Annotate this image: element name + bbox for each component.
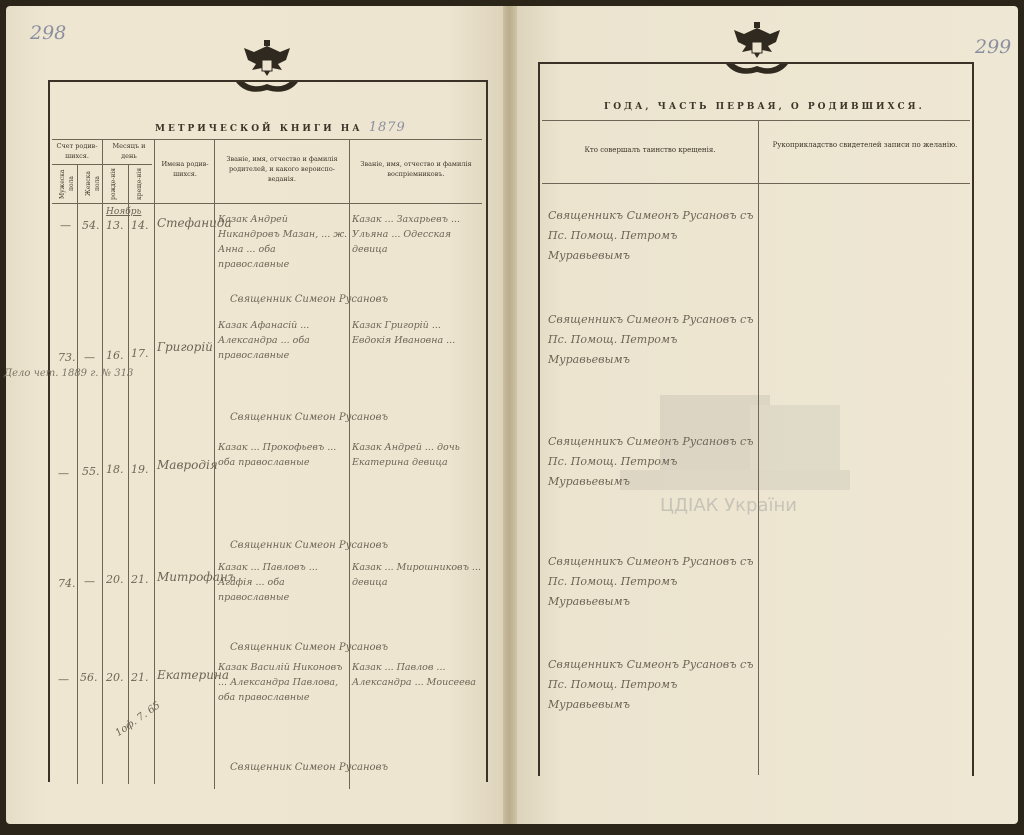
row-parents: Казак ... Павловъ ... Агафія ... оба пра… [218,560,348,605]
archive-watermark-icon [600,365,860,515]
row-birth-day: 16. [106,348,124,363]
book-spine [503,6,517,824]
col-divider [102,139,103,784]
col-divider [154,139,155,784]
row-parents: Казак Василій Никоновъ ... Александра Па… [218,660,348,705]
col-header-birth: рожде-нія [109,168,118,200]
row-parents: Казак Андрей Никандровъ Мазан, ... ж. Ан… [218,212,348,272]
row-female-count: 56. [80,670,98,685]
row-birth-day: 20. [106,670,124,685]
row-female-count: 54. [82,218,100,233]
col-header-baptism: креще-нія [135,168,144,200]
col-header-count: Счет родив-шихся. [52,142,102,162]
col-header-female: Женска пола [84,168,102,200]
watermark-text: ЦДІАК України [660,495,797,516]
col-header-witness-signatures: Рукоприкладство свидетелей записи по жел… [770,140,960,151]
row-female-count: 55. [82,464,100,479]
row-child-name: Митрофанъ [157,570,215,585]
row-female-count: — [84,574,95,589]
rule [542,183,970,184]
row-male-count: 74. [58,576,76,591]
margin-note: Дело чет. 1889 г. № 313 [4,366,184,381]
row-baptism-day: 21. [131,572,149,587]
col-header-month-day: Месяцъ и день [104,142,154,162]
row-birth-day: 13. [106,218,124,233]
row-priest-line: Священник Симеон Русановъ [230,538,480,553]
row-godparents: Казак ... Мирошниковъ ... девица [352,560,482,590]
performed-by-entry: Священникъ Симеонъ Русановъ съ Пс. Помощ… [548,310,758,370]
performed-by-entry: Священникъ Симеонъ Русановъ съ Пс. Помощ… [548,655,758,715]
folio-left: 298 [30,22,66,44]
row-baptism-day: 19. [131,462,149,477]
row-birth-day: 20. [106,572,124,587]
row-baptism-day: 21. [131,670,149,685]
row-baptism-day: 17. [131,346,149,361]
col-divider [349,139,350,789]
row-child-name: Мавродія [157,458,215,473]
col-header-male: Мужеска пола [58,168,76,200]
row-child-name: Стефанида [157,216,215,231]
row-male-count: — [60,218,71,233]
performed-by-entry: Священникъ Симеонъ Русановъ съ Пс. Помощ… [548,552,758,612]
row-godparents: Казак ... Павлов ... Александра ... Моис… [352,660,482,690]
left-page-title: МЕТРИЧЕСКОЙ КНИГИ НА 1879 [155,120,406,135]
row-male-count: — [58,466,69,481]
rule [52,203,482,204]
row-male-count: 73. [58,350,76,365]
performed-by-entry: Священникъ Симеонъ Русановъ съ Пс. Помощ… [548,206,758,266]
row-priest-line: Священник Симеон Русановъ [230,292,480,307]
rule [542,120,970,121]
row-female-count: — [84,350,95,365]
row-male-count: — [58,672,69,687]
col-divider [77,164,78,784]
row-birth-day: 18. [106,462,124,477]
folio-right: 299 [975,36,1011,58]
col-header-performed-by: Кто совершалъ таинство крещенія. [550,145,750,156]
row-priest-line: Священник Симеон Русановъ [230,640,480,655]
row-child-name: Григорій [157,340,215,355]
year-handwritten: 1879 [369,120,406,135]
col-divider [128,164,129,784]
col-header-parents: Званіе, имя, отчество и фамилія родителе… [218,155,346,184]
right-page-title: ГОДА, ЧАСТЬ ПЕРВАЯ, О РОДИВШИХСЯ. [604,102,925,112]
row-godparents: Казак Григорій ... Евдокія Ивановна ... [352,318,482,348]
row-parents: Казак Афанасій ... Александра ... оба пр… [218,318,348,363]
row-parents: Казак ... Прокофьевъ ... оба православны… [218,440,348,470]
row-godparents: Казак Андрей ... дочь Екатерина девица [352,440,482,470]
row-child-name: Екатерина [157,668,215,683]
col-header-godparents: Званіе, имя, отчество и фамилія воспріем… [352,160,480,180]
row-godparents: Казак ... Захарьевъ ... Ульяна ... Одесс… [352,212,482,257]
rule [52,139,482,140]
row-priest-line: Священник Симеон Русановъ [230,760,480,775]
row-priest-line: Священник Симеон Русановъ [230,410,480,425]
row-baptism-day: 14. [131,218,149,233]
col-header-name: Имена родив-шихся. [158,160,212,180]
